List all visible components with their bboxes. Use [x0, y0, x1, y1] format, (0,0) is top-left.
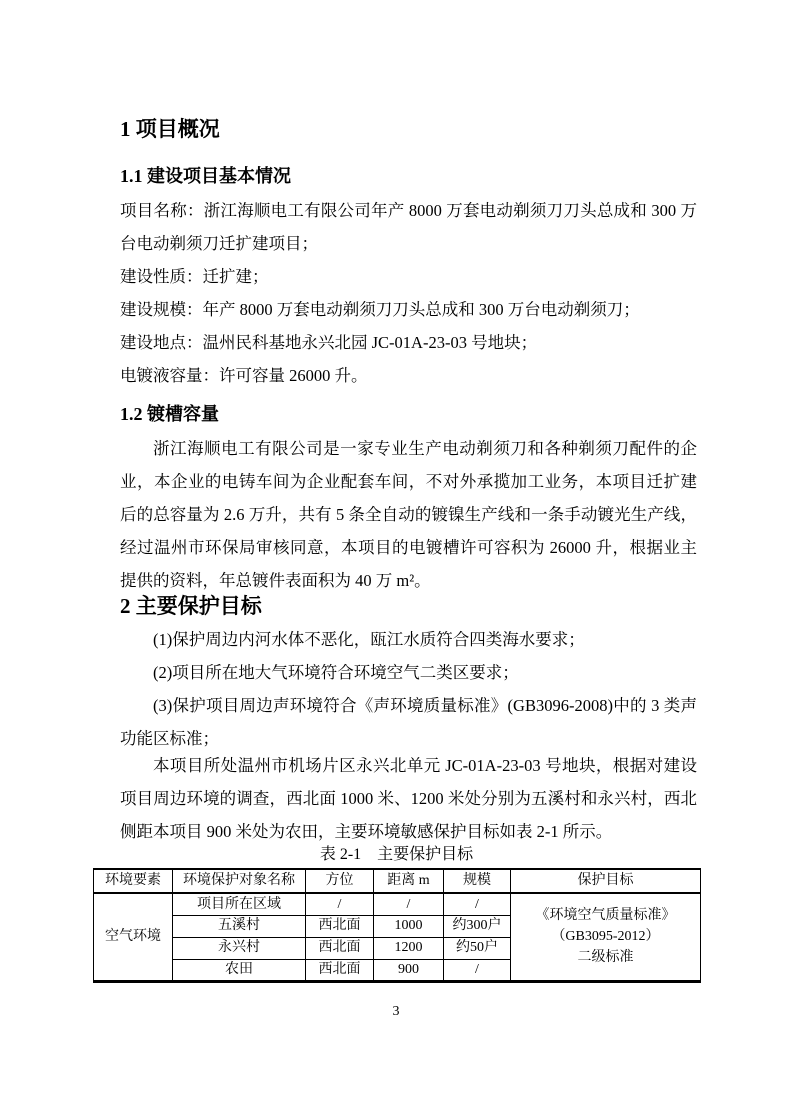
protection-targets-table: 环境要素 环境保护对象名称 方位 距离 m 规模 保护目标 空气环境 项目所在区…	[93, 868, 701, 983]
table-row: 空气环境 项目所在区域 / / / 《环境空气质量标准》 （GB3095-201…	[94, 893, 701, 915]
table-header-object-name: 环境保护对象名称	[173, 869, 306, 893]
table-cell-object-name: 五溪村	[173, 915, 306, 937]
table-cell-object-name: 农田	[173, 959, 306, 981]
table-cell-distance: 1200	[374, 937, 444, 959]
table-header-element: 环境要素	[94, 869, 173, 893]
protection-target-line-3: 二级标准	[513, 947, 698, 968]
heading-section-1-1: 1.1 建设项目基本情况	[120, 164, 697, 188]
protection-target-line-1: 《环境空气质量标准》	[513, 905, 698, 926]
table-header-direction: 方位	[306, 869, 374, 893]
table-header-row: 环境要素 环境保护对象名称 方位 距离 m 规模 保护目标	[94, 869, 701, 893]
table-cell-scale: 约50户	[444, 937, 511, 959]
heading-section-1-2: 1.2 镀槽容量	[120, 402, 697, 426]
paragraph-construction-scale: 建设规模：年产 8000 万套电动剃须刀刀头总成和 300 万台电动剃须刀；	[120, 293, 697, 326]
list-item-2: (2)项目所在地大气环境符合环境空气二类区要求；	[120, 656, 697, 689]
table-cell-distance: 900	[374, 959, 444, 981]
table-cell-scale: 约300户	[444, 915, 511, 937]
protection-target-line-2: （GB3095-2012）	[513, 926, 698, 947]
document-page: 1 项目概况 1.1 建设项目基本情况 项目名称：浙江海顺电工有限公司年产 80…	[0, 0, 792, 1120]
paragraph-construction-location: 建设地点：温州民科基地永兴北园 JC-01A-23-03 号地块；	[120, 326, 697, 359]
table-cell-protection-target: 《环境空气质量标准》 （GB3095-2012） 二级标准	[511, 893, 701, 981]
table-cell-direction: 西北面	[306, 915, 374, 937]
table-header-distance: 距离 m	[374, 869, 444, 893]
table-cell-distance: 1000	[374, 915, 444, 937]
table-cell-element-group: 空气环境	[94, 893, 173, 981]
list-item-3: (3)保护项目周边声环境符合《声环境质量标准》(GB3096-2008)中的 3…	[120, 689, 697, 755]
table-header-target: 保护目标	[511, 869, 701, 893]
paragraph-surroundings: 本项目所处温州市机场片区永兴北单元 JC-01A-23-03 号地块，根据对建设…	[120, 749, 697, 848]
list-item-1: (1)保护周边内河水体不恶化，瓯江水质符合四类海水要求；	[120, 623, 697, 656]
table-cell-direction: /	[306, 893, 374, 915]
table-cell-scale: /	[444, 959, 511, 981]
paragraph-company-intro: 浙江海顺电工有限公司是一家专业生产电动剃须刀和各种剃须刀配件的企业，本企业的电铸…	[120, 432, 697, 597]
table-header-scale: 规模	[444, 869, 511, 893]
table-cell-scale: /	[444, 893, 511, 915]
paragraph-construction-nature: 建设性质：迁扩建；	[120, 260, 697, 293]
page-number: 3	[0, 1003, 792, 1021]
table-cell-object-name: 永兴村	[173, 937, 306, 959]
table-cell-direction: 西北面	[306, 959, 374, 981]
table-cell-direction: 西北面	[306, 937, 374, 959]
paragraph-plating-volume: 电镀液容量：许可容量 26000 升。	[120, 359, 697, 392]
table-cell-distance: /	[374, 893, 444, 915]
heading-section-1: 1 项目概况	[120, 116, 697, 142]
table-cell-object-name: 项目所在区域	[173, 893, 306, 915]
paragraph-project-name: 项目名称：浙江海顺电工有限公司年产 8000 万套电动剃须刀刀头总成和 300 …	[120, 194, 697, 260]
